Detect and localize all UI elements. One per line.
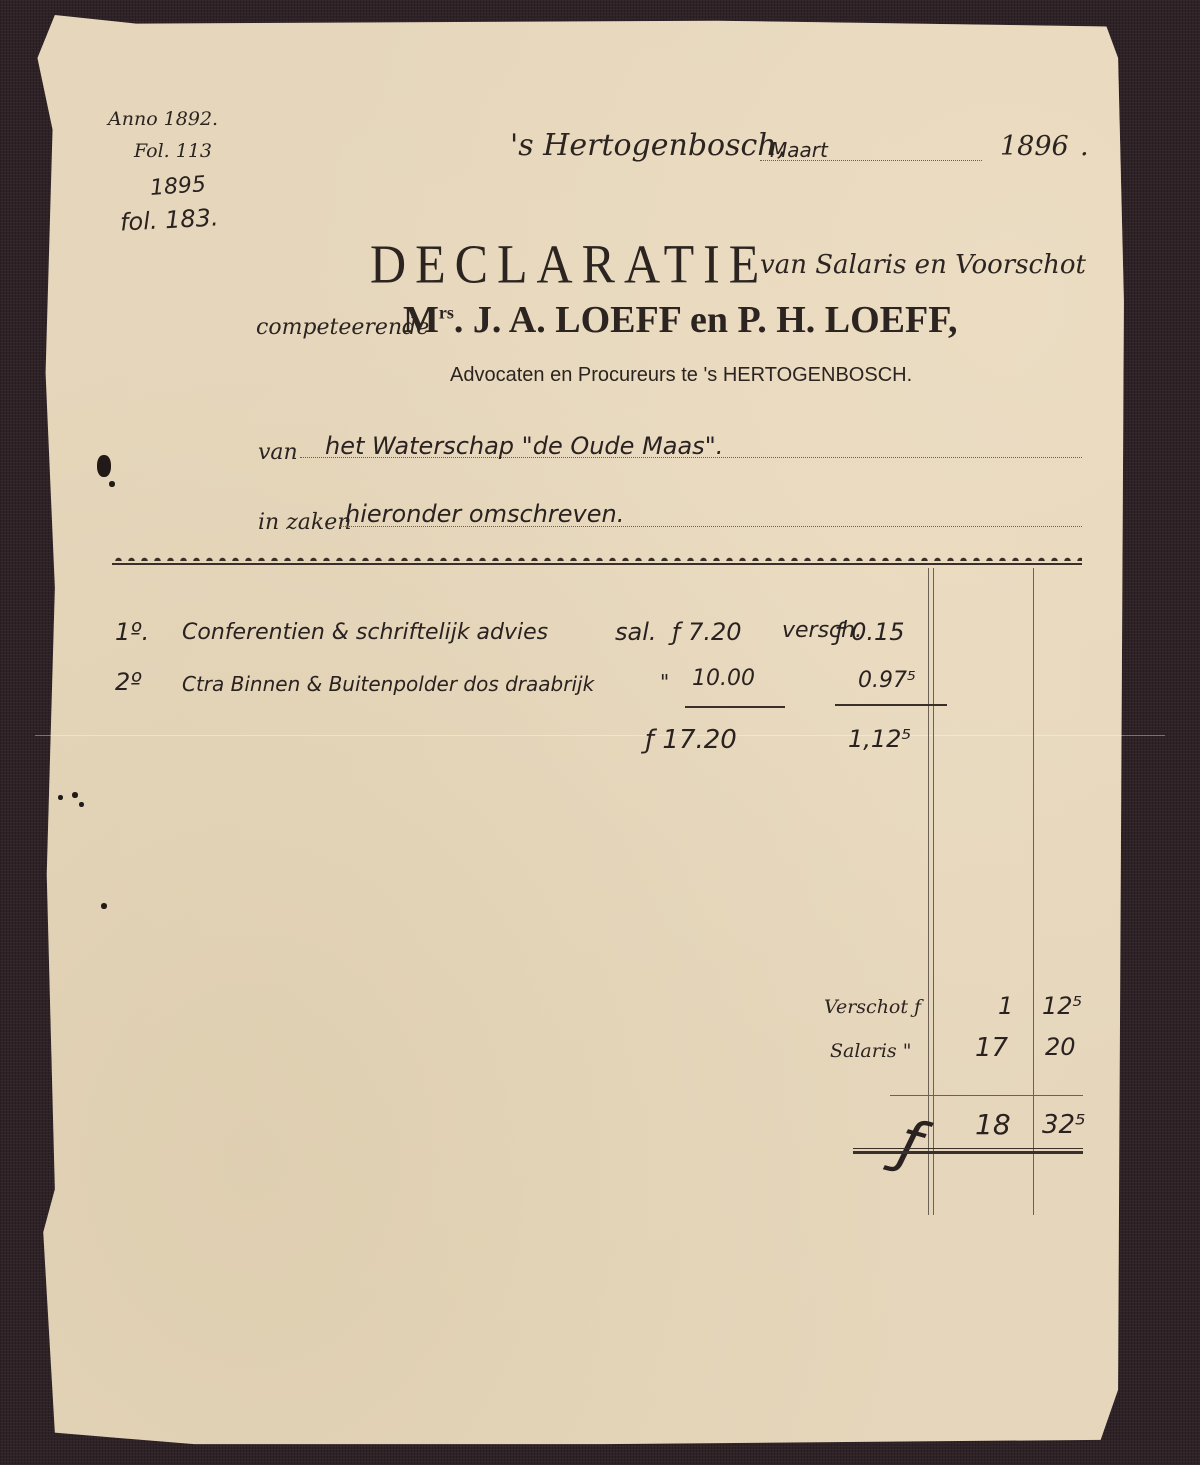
subtotal-verschot: 1,12⁵ — [848, 725, 911, 753]
item-1-salaris-label: sal. — [615, 618, 657, 646]
ink-blot — [97, 455, 111, 477]
subtotal-salaris: ƒ 17.20 — [645, 725, 737, 755]
item-2-salaris: 10.00 — [692, 666, 755, 691]
item-1-number: 1º. — [115, 618, 149, 646]
firm-names-line: Mrs. J. A. LOEFF en P. H. LOEFF, — [403, 298, 957, 342]
firm-names: . J. A. LOEFF en P. H. LOEFF, — [454, 299, 958, 341]
total-verschot-guilders: 1 — [998, 992, 1013, 1020]
grand-total-cents: 32⁵ — [1042, 1110, 1086, 1140]
document-title: DECLARATIE — [370, 232, 768, 296]
decorative-border — [112, 553, 1082, 565]
item-2-salaris-label: " — [660, 670, 669, 694]
date-year: 1896 — [1000, 131, 1069, 162]
item-2-description: Ctra Binnen & Buitenpolder dos draabrijk — [182, 672, 594, 696]
ink-blot — [72, 792, 78, 798]
ink-blot — [58, 795, 63, 800]
marginalia-fol-printed: Fol. 113 — [134, 142, 212, 161]
item-2-verschot: 0.97⁵ — [858, 668, 916, 693]
marginalia-fol-handwritten: fol. 183. — [119, 205, 219, 234]
grand-total-guilders: 18 — [975, 1108, 1011, 1141]
item-1-salaris: ƒ 7.20 — [672, 618, 742, 646]
subtotal-underline-verschot — [835, 704, 947, 706]
item-1-verschot: ƒ 0.15 — [835, 618, 905, 646]
total-salaris-cents: 20 — [1045, 1033, 1076, 1061]
firm-mrs: Mrs — [403, 299, 454, 341]
matter-value: hieronder omschreven. — [345, 500, 624, 528]
column-line-double-right — [933, 568, 934, 1215]
total-verschot-label: Verschot ƒ — [824, 996, 921, 1018]
grand-total-thick-rule — [853, 1151, 1083, 1154]
date-period: . — [1080, 131, 1089, 162]
item-2-number: 2º — [115, 668, 142, 696]
total-verschot-cents: 12⁵ — [1042, 992, 1082, 1020]
marginalia-anno: Anno 1892. — [108, 110, 218, 129]
ink-blot — [79, 802, 84, 807]
marginalia-year: 1895 — [149, 174, 206, 200]
ink-blot — [109, 481, 115, 487]
fold-line — [35, 735, 1165, 736]
client-label: van — [258, 440, 298, 465]
matter-label: in zaken — [258, 510, 351, 535]
firm-mrs-superscript: rs — [439, 302, 454, 322]
client-value: het Waterschap "de Oude Maas". — [325, 432, 723, 460]
grand-total-thin-rule — [853, 1148, 1083, 1149]
ink-blot — [101, 903, 107, 909]
date-month: Maart — [770, 138, 828, 162]
place-label: 's Hertogenbosch, — [510, 128, 786, 163]
column-line-cents — [1033, 568, 1034, 1215]
total-salaris-guilders: 17 — [975, 1033, 1008, 1063]
subtotal-underline-salaris — [685, 706, 785, 708]
document-subtitle: van Salaris en Voorschot — [760, 250, 1086, 280]
total-salaris-label: Salaris " — [830, 1040, 911, 1062]
item-1-description: Conferentien & schriftelijk advies — [182, 620, 548, 645]
firm-description: Advocaten en Procureurs te 's HERTOGENBO… — [450, 364, 912, 387]
total-top-rule — [890, 1095, 1083, 1096]
